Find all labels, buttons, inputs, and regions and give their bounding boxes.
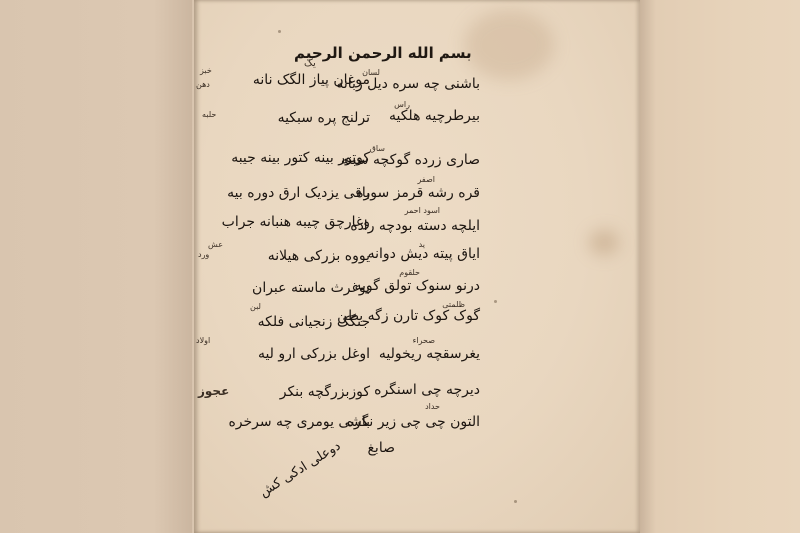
- right-line: بیرطرچیه هلکیه: [389, 108, 480, 124]
- closing-signature: دوعلی ادکی کش: [257, 439, 343, 501]
- left-line: کوتور بینه کتور بینه جیبه: [231, 150, 370, 166]
- bismillah-header: بسم الله الرحمن الرحيم: [294, 44, 472, 62]
- gloss: لبن: [250, 302, 261, 311]
- water-stain: [589, 230, 619, 255]
- left-line: موغان پیاز الگک نانه: [253, 72, 370, 88]
- ink-speck: [514, 500, 517, 503]
- left-line: باقی یزدیک ارق دوره بیه: [227, 185, 370, 201]
- left-line: وغارچق چیبه هنبانه جراب: [222, 214, 370, 230]
- left-line: بوغرث ماسته عبران: [252, 280, 370, 296]
- gloss: ساق: [370, 144, 385, 153]
- gloss: حلبه: [202, 110, 216, 119]
- ink-speck: [278, 30, 281, 33]
- gloss: لسان: [362, 68, 380, 77]
- left-line: جنگک زنجیانی فلکه: [258, 314, 370, 330]
- ink-speck: [494, 300, 497, 303]
- left-line: اوغل بزرکی ارو لیه: [258, 346, 370, 362]
- gloss: راس: [394, 100, 410, 109]
- right-line: یغرسقچه ریخولیه: [379, 346, 480, 362]
- gloss: عش: [208, 240, 223, 249]
- gloss: صحراء: [413, 336, 435, 345]
- gloss: ورد: [198, 250, 209, 259]
- manuscript-page: بسم الله الرحمن الرحيم یک باشنی چه سره د…: [194, 0, 640, 533]
- right-line: صابغ: [367, 440, 395, 456]
- left-line: باشی یومری چه سرخره: [228, 414, 370, 430]
- gloss: حلقوم: [399, 268, 420, 277]
- gloss: اصفر: [418, 175, 435, 184]
- gloss: حداد: [425, 402, 440, 411]
- gloss: دهن: [196, 80, 210, 89]
- background-left: [0, 0, 192, 533]
- left-line: ترلنج پره سبکیه: [278, 110, 370, 126]
- gloss: اولاد: [196, 336, 210, 345]
- right-line: دیرچه چی اسنگره: [374, 382, 480, 398]
- gloss: خبز: [200, 66, 212, 75]
- right-line: درنو سنوک تولق گوبه: [354, 278, 480, 294]
- gloss: ید: [419, 240, 425, 249]
- gloss: ظلمتی: [442, 300, 465, 309]
- right-line: قره رشه قرمز سوره: [356, 185, 480, 201]
- left-line: یووه بزرکی هیلانه: [268, 248, 370, 264]
- photo-stage: بسم الله الرحمن الرحيم یک باشنی چه سره د…: [0, 0, 800, 533]
- left-line: کوزبزرگچه بنکر: [280, 384, 370, 400]
- gloss: عجوز: [198, 384, 229, 398]
- header-note: یک: [304, 58, 316, 69]
- gloss: اسود احمر: [405, 206, 440, 215]
- background-right: [640, 0, 800, 533]
- water-stain: [464, 10, 554, 80]
